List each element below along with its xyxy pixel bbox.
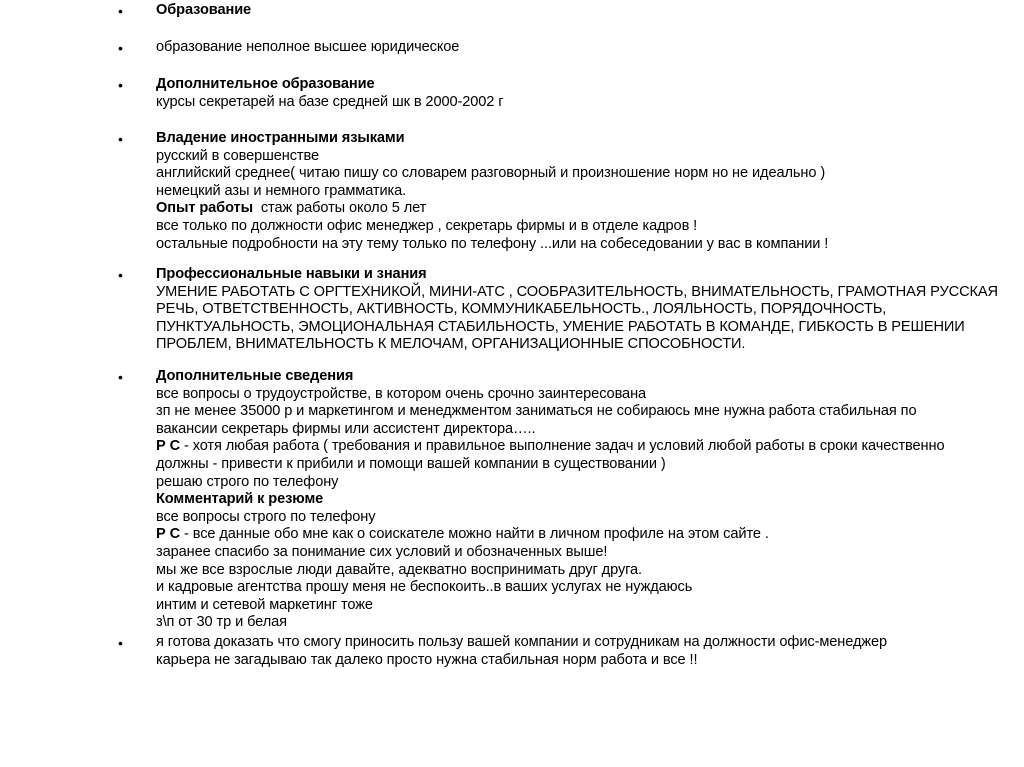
section-title: Образование: [156, 2, 1016, 20]
bullet-icon: •: [118, 130, 123, 148]
text-line: РЕЧЬ, ОТВЕТСТВЕННОСТЬ, АКТИВНОСТЬ, КОММУ…: [156, 301, 1016, 319]
comment-title: Комментарий к резюме: [156, 491, 1016, 509]
experience-value: стаж работы около 5 лет: [253, 200, 426, 216]
text-line: образование неполное высшее юридическое: [156, 39, 1016, 57]
ps-text: - все данные обо мне как о соискателе мо…: [180, 526, 769, 542]
ps-label: Р С: [156, 438, 180, 454]
text-line: все вопросы строго по телефону: [156, 509, 1016, 527]
bullet-icon: •: [118, 76, 123, 94]
text-line: карьера не загадываю так далеко просто н…: [156, 652, 1016, 670]
section-title: Дополнительные сведения: [156, 368, 1016, 386]
text-line: немецкий азы и немного грамматика.: [156, 183, 1016, 201]
section-title: Профессиональные навыки и знания: [156, 266, 1016, 284]
text-line: решаю строго по телефону: [156, 474, 1016, 492]
text-line: ПУНКТУАЛЬНОСТЬ, ЭМОЦИОНАЛЬНАЯ СТАБИЛЬНОС…: [156, 319, 1016, 337]
text-line: з\п от 30 тр и белая: [156, 614, 1016, 632]
text-line: вакансии секретарь фирмы или ассистент д…: [156, 421, 1016, 439]
text-line: все только по должности офис менеджер , …: [156, 218, 1016, 236]
experience-line: Опыт работы стаж работы около 5 лет: [156, 200, 1016, 218]
text-line: остальные подробности на эту тему только…: [156, 236, 1016, 254]
text-line: все вопросы о трудоустройстве, в котором…: [156, 386, 1016, 404]
resume-slide: • Образование • образование неполное выс…: [0, 0, 1024, 767]
bullet-icon: •: [118, 2, 123, 20]
ps-text: - хотя любая работа ( требования и прави…: [180, 438, 944, 454]
text-line: зп не менее 35000 р и маркетингом и мене…: [156, 403, 1016, 421]
section-title: Дополнительное образование: [156, 76, 1016, 94]
bullet-icon: •: [118, 368, 123, 386]
ps-line: Р С - хотя любая работа ( требования и п…: [156, 438, 1016, 456]
ps-label: Р С: [156, 526, 180, 542]
text-line: должны - привести к прибили и помощи ваш…: [156, 456, 1016, 474]
bullet-icon: •: [118, 39, 123, 57]
text-line: и кадровые агентства прошу меня не беспо…: [156, 579, 1016, 597]
ps-line: Р С - все данные обо мне как о соискател…: [156, 526, 1016, 544]
bullet-icon: •: [118, 266, 123, 284]
text-line: УМЕНИЕ РАБОТАТЬ С ОРГТЕХНИКОЙ, МИНИ-АТС …: [156, 284, 1016, 302]
text-line: я готова доказать что смогу приносить по…: [156, 634, 1016, 652]
text-line: ПРОБЛЕМ, ВНИМАТЕЛЬНОСТЬ К МЕЛОЧАМ, ОРГАН…: [156, 336, 1016, 354]
text-line: русский в совершенстве: [156, 148, 1016, 166]
experience-label: Опыт работы: [156, 200, 253, 216]
text-line: курсы секретарей на базе средней шк в 20…: [156, 94, 1016, 112]
section-title: Владение иностранными языками: [156, 130, 1016, 148]
text-line: заранее спасибо за понимание сих условий…: [156, 544, 1016, 562]
text-line: интим и сетевой маркетинг тоже: [156, 597, 1016, 615]
text-line: мы же все взрослые люди давайте, адекват…: [156, 562, 1016, 580]
bullet-icon: •: [118, 634, 123, 652]
text-line: английский среднее( читаю пишу со словар…: [156, 165, 1016, 183]
